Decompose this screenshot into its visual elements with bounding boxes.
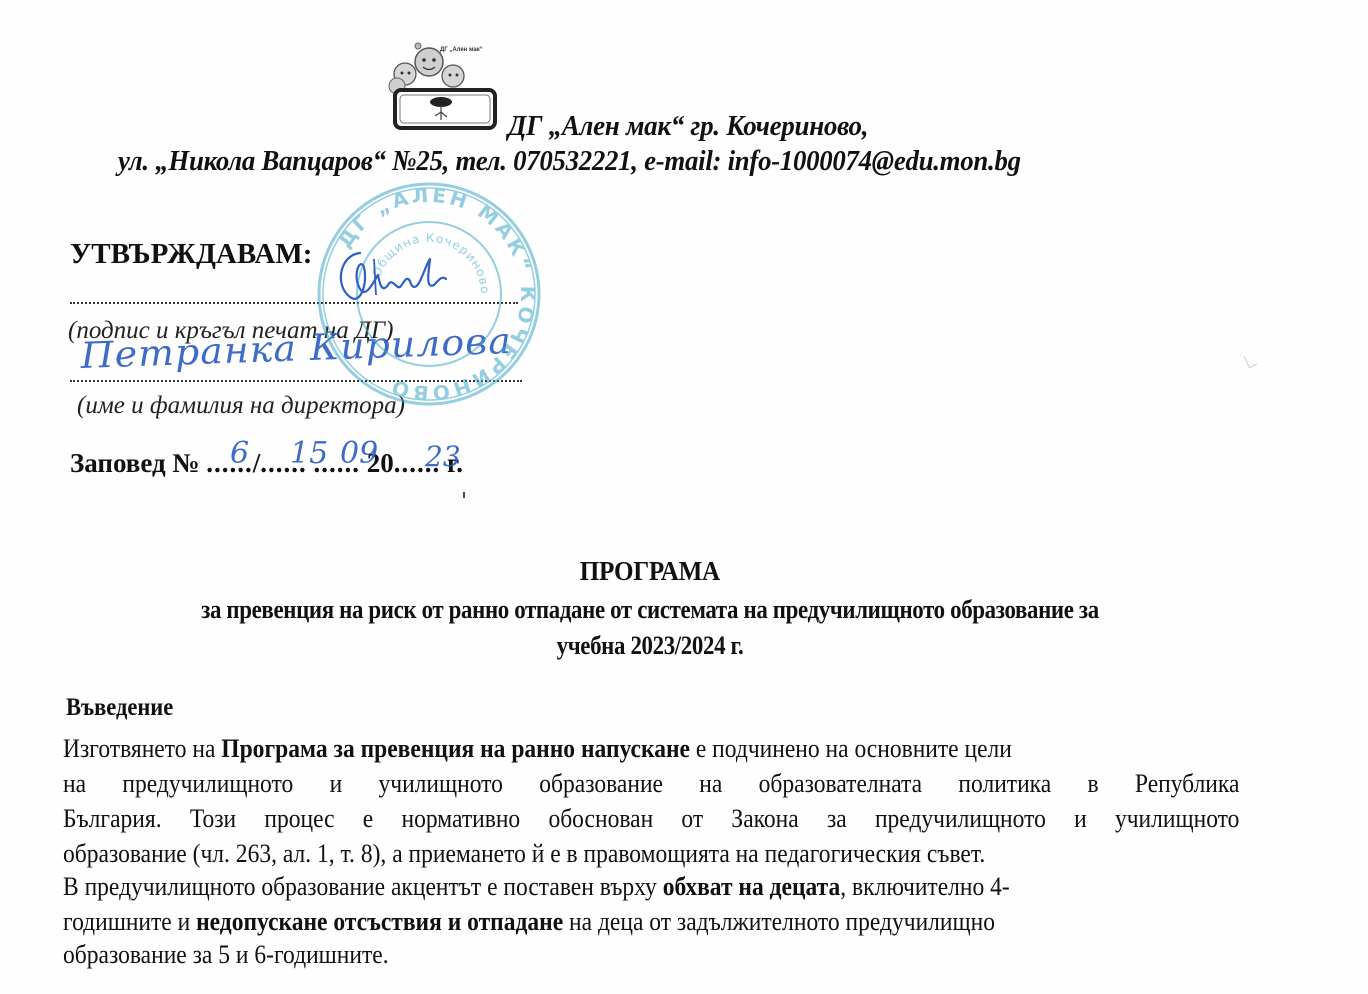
word: в	[1087, 768, 1098, 800]
word: Република	[1135, 768, 1240, 800]
paragraph-2-line-2: годишните и недопускане отсъствия и отпа…	[63, 906, 1131, 938]
paragraph-1-line-1: Изготвянето на Програма за превенция на …	[63, 733, 1131, 765]
director-signature	[330, 245, 460, 315]
approval-heading: УТВЪРЖДАВАМ:	[70, 238, 312, 271]
institution-name: ДГ „Ален мак“ гр. Кочериново,	[508, 110, 868, 143]
text-run: годишните и	[63, 907, 196, 936]
bold-text-run: Програма за превенция на ранно напускане	[221, 734, 690, 763]
text-run: Изготвянето на	[63, 734, 221, 763]
paragraph-1-line-2: напредучилищнотоиучилищнотообразованиена…	[63, 768, 1240, 800]
word: от	[681, 803, 703, 835]
word: политика	[958, 768, 1051, 800]
word: образование	[539, 768, 663, 800]
paragraph-2-line-3: образование за 5 и 6-годишните.	[63, 939, 1131, 971]
signature-scribble-icon	[330, 245, 460, 315]
word: училищното	[1115, 803, 1239, 835]
word: училищното	[378, 768, 502, 800]
text-run: В предучилищното образование акцентът е …	[63, 872, 663, 901]
word: и	[330, 768, 343, 800]
word: нормативно	[402, 803, 521, 835]
handwritten-order-month: 09	[340, 436, 378, 471]
document-subtitle: за превенция на риск от ранно отпадане о…	[60, 592, 1240, 664]
section-heading-introduction: Въведение	[66, 694, 173, 722]
handwritten-order-number: 6	[230, 436, 249, 471]
word: Закона	[731, 803, 798, 835]
institution-contacts: ул. „Никола Вапцаров“ №25, тел. 07053222…	[118, 145, 1021, 178]
document-subtitle-line-2: учебна 2023/2024 г.	[131, 628, 1169, 664]
word: България.	[63, 803, 162, 835]
text-run: на деца от задължителното предучилищно	[563, 907, 995, 936]
word: обоснован	[548, 803, 653, 835]
handwritten-order-day: 15	[290, 436, 328, 471]
order-label: Заповед №	[70, 448, 200, 478]
document-subtitle-line-1: за превенция на риск от ранно отпадане о…	[131, 592, 1169, 628]
word: е	[363, 803, 373, 835]
scan-artifact	[463, 492, 465, 498]
bold-text-run: недопускане отсъствия и отпадане	[196, 907, 563, 936]
word: на	[63, 768, 86, 800]
bold-text-run: обхват на децата	[663, 872, 841, 901]
word: Този	[190, 803, 236, 835]
word: процес	[264, 803, 334, 835]
scan-artifact	[1244, 353, 1258, 369]
scanned-document-page: ДГ „Ален мак“ ДГ „Ален мак“ гр. Кочерино…	[0, 0, 1368, 994]
word: образователната	[759, 768, 922, 800]
word: предучилищното	[875, 803, 1046, 835]
order-number-line: Заповед № ....../...... ...... 20...... …	[70, 448, 463, 479]
document-title: ПРОГРАМА	[45, 556, 1254, 587]
paragraph-2-line-1: В предучилищното образование акцентът е …	[63, 871, 1131, 903]
logo-children-frame-icon	[383, 40, 501, 132]
text-run: , включително 4-	[840, 872, 1009, 901]
text-run: е подчинено на основните цели	[690, 734, 1012, 763]
paragraph-1-line-4: образование (чл. 263, ал. 1, т. 8), а пр…	[63, 838, 1131, 870]
kindergarten-logo	[383, 40, 501, 132]
paragraph-1-line-3: България.Тозипроцесенормативнообосновано…	[63, 803, 1240, 835]
word: и	[1074, 803, 1087, 835]
handwritten-order-year: 23	[425, 440, 461, 473]
word: предучилищното	[122, 768, 293, 800]
word: на	[699, 768, 722, 800]
word: за	[827, 803, 847, 835]
logo-caption: ДГ „Ален мак“	[440, 47, 483, 53]
